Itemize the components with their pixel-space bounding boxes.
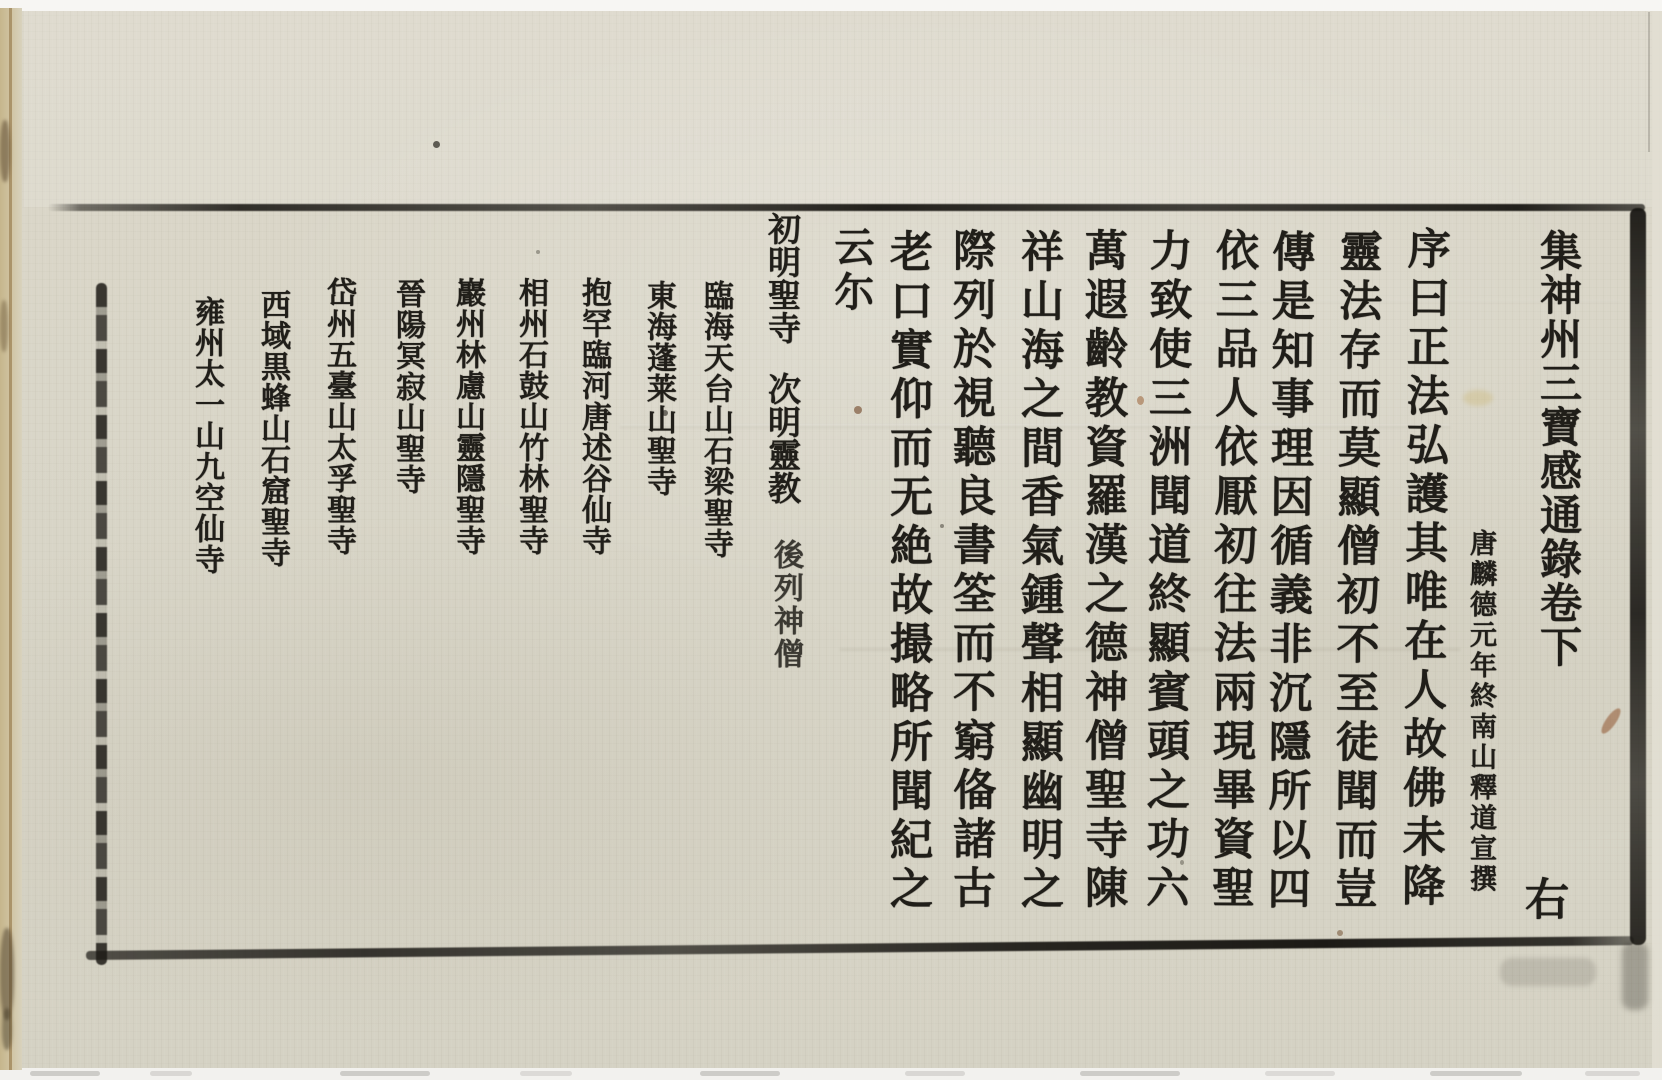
- paper-speck: [433, 141, 440, 148]
- page-edge-dash: [520, 1071, 572, 1076]
- author-column: 唐麟德元年終南山釋道宣撰: [1467, 529, 1494, 895]
- temple-column: 岱州五臺山太孚聖寺: [323, 277, 353, 556]
- paper-speck: [536, 250, 540, 254]
- preface-column: 力致使三洲聞道終顯賓頭之功六: [1142, 228, 1189, 914]
- bottom-page-edge: [0, 1068, 1662, 1080]
- section-header-miracles: 次明靈教: [766, 372, 799, 504]
- page-edge-dash: [1585, 1071, 1640, 1076]
- right-page-edge: [1652, 11, 1662, 1068]
- page-edge-dash: [30, 1071, 100, 1076]
- frame-right-smudge: [1622, 942, 1648, 1010]
- right-marker: 右: [1520, 876, 1564, 920]
- temple-column: 雍州太一山九空仙寺: [191, 296, 221, 575]
- temple-column: 相州石鼓山竹林聖寺: [515, 277, 545, 556]
- page-edge-dash: [1430, 1071, 1522, 1076]
- gutter-stain: [2, 1008, 12, 1050]
- frame-bottom-smudge: [1500, 958, 1596, 986]
- temple-column: 巖州林慮山靈隱聖寺: [452, 277, 482, 556]
- temple-column: 抱罕臨河唐述谷仙寺: [578, 277, 608, 556]
- preface-column: 依三品人依厭初往法兩現畢資聖: [1208, 228, 1255, 914]
- preface-column: 萬遐齡教資羅漢之德神僧聖寺陳: [1081, 228, 1124, 914]
- preface-column: 序曰正法弘護其唯在人故佛未降: [1398, 226, 1447, 912]
- paper-speck: [1337, 930, 1343, 936]
- gutter-stain: [0, 300, 8, 352]
- frame-right-border: [1630, 208, 1646, 945]
- page-edge-dash: [340, 1071, 430, 1076]
- temple-column: 晉陽冥寂山聖寺: [392, 278, 422, 495]
- gutter-stain: [0, 120, 10, 182]
- scanned-page: 集神州三寶感通錄卷下 唐麟德元年終南山釋道宣撰 右 序曰正法弘護其唯在人故佛未降…: [0, 0, 1662, 1080]
- preface-column: 傳是知事理因循義非沉隱所以四: [1264, 229, 1312, 915]
- preface-closing-column: 云尓: [831, 226, 871, 316]
- section-header-temples: 初明聖寺: [766, 212, 799, 344]
- title-column: 集神州三寶感通錄卷下: [1537, 229, 1579, 669]
- preface-column: 老口實仰而无絶故撮略所聞紀之: [886, 229, 929, 915]
- paper-stain: [1463, 390, 1493, 406]
- preface-column: 際列於視聽良書筌而不窮俻諸古: [949, 228, 992, 914]
- page-edge-dash: [150, 1071, 192, 1076]
- paper-stain: [854, 406, 862, 414]
- page-edge-dash: [1080, 1071, 1180, 1076]
- page-edge-dash: [700, 1071, 780, 1076]
- top-page-edge: [0, 0, 1662, 11]
- preface-column: 祥山海之間香氣鍾聲相顯幽明之: [1017, 229, 1060, 915]
- right-page-seam: [1648, 12, 1650, 152]
- section-header-divine-monks: 後列神僧: [770, 539, 800, 671]
- temple-column: 西域黒蜂山石窟聖寺: [257, 289, 287, 568]
- temple-column: 東海蓬莱山聖寺: [643, 280, 673, 497]
- frame-top-border: [48, 204, 1645, 211]
- frame-left-border: [96, 283, 107, 965]
- paper-top-margin: [24, 11, 1652, 207]
- page-edge-dash: [1265, 1071, 1335, 1076]
- paper-speck: [940, 524, 944, 528]
- temple-column: 臨海天台山石梁聖寺: [700, 280, 730, 559]
- page-edge-dash: [905, 1071, 965, 1076]
- gutter-stain: [0, 928, 14, 1020]
- preface-column: 靈法存而莫顯僧初不至徒聞而豈: [1330, 229, 1378, 915]
